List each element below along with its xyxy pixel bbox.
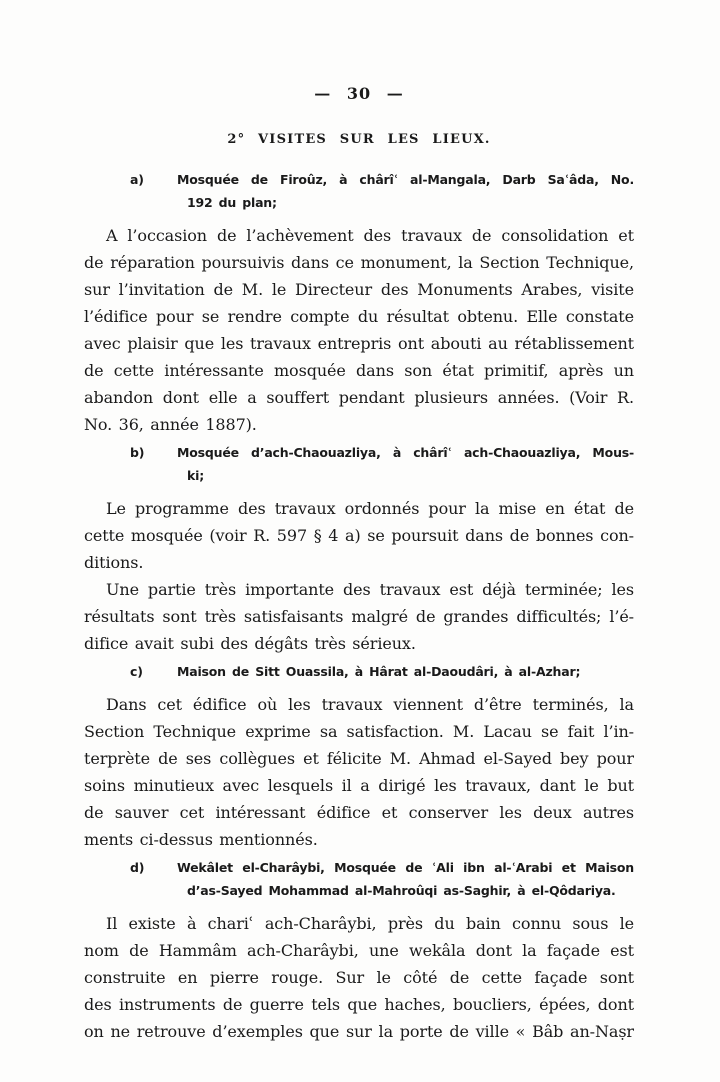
subheading-line: d)Wekâlet el-Charâybi, Mosquée de ʿAli i… xyxy=(84,856,634,879)
paragraph-line: No. 36, année 1887). xyxy=(84,411,634,438)
paragraph-line: de sauver cet intéressant édifice et con… xyxy=(84,799,634,826)
paragraph-line: on ne retrouve d’exemples que sur la por… xyxy=(84,1018,634,1045)
paragraph-line: nom de Hammâm ach-Charâybi, une wekâla d… xyxy=(84,937,634,964)
subheading-text: Mosquée d’ach-Chaouazliya, à chârîʿ ach-… xyxy=(177,445,634,460)
subheading-label: b) xyxy=(130,441,177,464)
section-title: 2° VISITES SUR LES LIEUX. xyxy=(84,132,634,148)
paragraph-line: difice avait subi des dégâts très sérieu… xyxy=(84,630,634,657)
paragraph-line: Section Technique exprime sa satisfactio… xyxy=(84,718,634,745)
paragraph-line: terprète de ses collègues et félicite M.… xyxy=(84,745,634,772)
subheading: d)Wekâlet el-Charâybi, Mosquée de ʿAli i… xyxy=(84,856,634,902)
subheading-label: d) xyxy=(130,856,177,879)
subheading-label: c) xyxy=(130,660,177,683)
paragraph: Une partie très importante des travaux e… xyxy=(84,576,634,657)
subheading-line: b)Mosquée d’ach-Chaouazliya, à chârîʿ ac… xyxy=(84,441,634,464)
subheading-line: d’as-Sayed Mohammad al-Mahroûqi as-Saghi… xyxy=(84,879,634,902)
paragraph-line: avec plaisir que les travaux entrepris o… xyxy=(84,330,634,357)
paragraph: Dans cet édifice où les travaux viennent… xyxy=(84,691,634,853)
subheading-text: Maison de Sitt Ouassila, à Hârat al-Daou… xyxy=(177,664,580,679)
paragraph-line: Le programme des travaux ordonnés pour l… xyxy=(84,495,634,522)
page-number: — 30 — xyxy=(84,84,634,104)
paragraph-line: de cette intéressante mosquée dans son é… xyxy=(84,357,634,384)
subheading-line: 192 du plan; xyxy=(84,191,634,214)
subheading: b)Mosquée d’ach-Chaouazliya, à chârîʿ ac… xyxy=(84,441,634,487)
subheading-text: Wekâlet el-Charâybi, Mosquée de ʿAli ibn… xyxy=(177,860,634,875)
subheading-line: ki; xyxy=(84,464,634,487)
paragraph-line: l’édifice pour se rendre compte du résul… xyxy=(84,303,634,330)
paragraph-line: des instruments de guerre tels que hache… xyxy=(84,991,634,1018)
paragraph-line: résultats sont très satisfaisants malgré… xyxy=(84,603,634,630)
paragraph-line: Une partie très importante des travaux e… xyxy=(84,576,634,603)
paragraph-line: soins minutieux avec lesquels il a dirig… xyxy=(84,772,634,799)
paragraph-line: ditions. xyxy=(84,549,634,576)
paragraph-line: abandon dont elle a souffert pendant plu… xyxy=(84,384,634,411)
subheading: a)Mosquée de Firoûz, à chârîʿ al-Mangala… xyxy=(84,168,634,214)
paragraph: Le programme des travaux ordonnés pour l… xyxy=(84,495,634,576)
paragraph: Il existe à chariʿ ach-Charâybi, près du… xyxy=(84,910,634,1045)
paragraph-line: Il existe à chariʿ ach-Charâybi, près du… xyxy=(84,910,634,937)
paragraph-line: A l’occasion de l’achèvement des travaux… xyxy=(84,222,634,249)
subheading-text: Mosquée de Firoûz, à chârîʿ al-Mangala, … xyxy=(177,172,634,187)
paragraph-line: construite en pierre rouge. Sur le côté … xyxy=(84,964,634,991)
subheading-label: a) xyxy=(130,168,177,191)
scanned-document-page: — 30 — 2° VISITES SUR LES LIEUX. a)Mosqu… xyxy=(0,0,720,1082)
subheading-line: a)Mosquée de Firoûz, à chârîʿ al-Mangala… xyxy=(84,168,634,191)
paragraph-line: ments ci-dessus mentionnés. xyxy=(84,826,634,853)
paragraph-line: cette mosquée (voir R. 597 § 4 a) se pou… xyxy=(84,522,634,549)
page-body: a)Mosquée de Firoûz, à chârîʿ al-Mangala… xyxy=(84,168,634,1045)
subheading: c)Maison de Sitt Ouassila, à Hârat al-Da… xyxy=(84,660,634,683)
paragraph-line: Dans cet édifice où les travaux viennent… xyxy=(84,691,634,718)
paragraph: A l’occasion de l’achèvement des travaux… xyxy=(84,222,634,438)
paragraph-line: sur l’invitation de M. le Directeur des … xyxy=(84,276,634,303)
paragraph-line: de réparation poursuivis dans ce monumen… xyxy=(84,249,634,276)
subheading-line: c)Maison de Sitt Ouassila, à Hârat al-Da… xyxy=(84,660,634,683)
